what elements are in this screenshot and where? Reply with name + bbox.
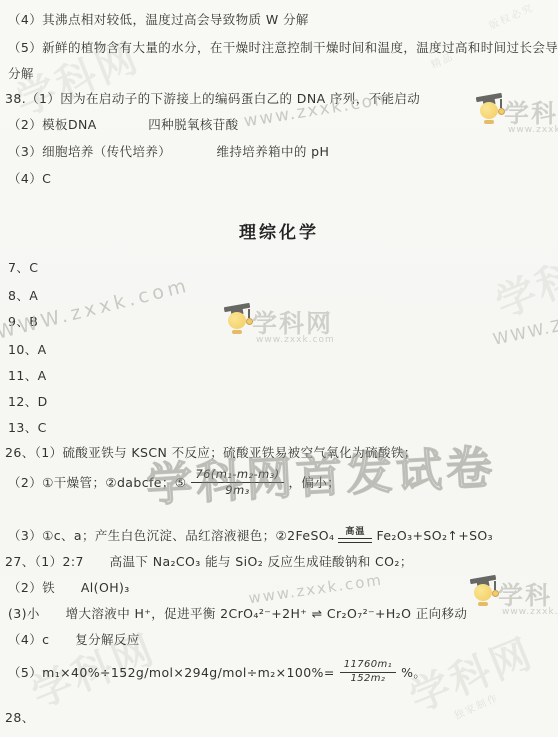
brand-text: 学科网 (252, 304, 333, 340)
mascot-base (478, 602, 488, 606)
answer-line: 28、 (5, 708, 35, 726)
answer-line: （4）c 复分解反应 (8, 630, 140, 648)
tassel-icon (246, 318, 253, 325)
brand-text: 学科 (498, 576, 552, 612)
answer-line: （4）其沸点相对较低，温度过高会导致物质 W 分解 (8, 10, 309, 28)
equation-prefix: （3）①c、a；产生白色沉淀、品红溶液褪色；②2FeSO₄ (8, 526, 334, 544)
fraction-denominator: 9m₃ (225, 483, 249, 497)
tassel-icon (494, 581, 496, 590)
brand-text: 学科网 (504, 94, 558, 130)
ghost-brand-watermark: 学科网 (486, 228, 558, 329)
answer-line: 9、B (8, 312, 38, 330)
graduation-cap-icon (224, 303, 250, 312)
mascot-icon (224, 302, 254, 338)
answer-line: 10、A (8, 340, 47, 358)
answer-line: （2）铁 Al(OH)₃ (8, 578, 130, 596)
graduation-cap-icon (230, 307, 243, 316)
fraction-prefix: （5）m₁×40%÷152g/mol×294g/mol÷m₂×100%= (8, 663, 335, 681)
graduation-cap-icon (470, 575, 496, 584)
url-watermark: WWW.zxxk.com (0, 274, 192, 343)
answer-line: （5）新鲜的植物含有大量的水分，在干燥时注意控制干燥时间和温度，温度过高和时间过… (8, 38, 558, 56)
answer-line: 7、C (8, 258, 38, 276)
answer-line: （4）C (8, 169, 51, 187)
fraction-numerator: 11760m₁ (340, 659, 396, 673)
answer-line: 8、A (8, 286, 38, 304)
answer-line: 12、D (8, 392, 48, 410)
answer-line-with-fraction: （2）①干燥管；②dabcfe；⑤ 76(m₁-m₂-m₃) 9m₃ ，偏小； (8, 462, 340, 502)
mascot-base (484, 120, 494, 124)
url-watermark: www.zxxk.com (247, 571, 384, 608)
mascot-body (474, 584, 492, 601)
answer-line: 26、（1）硫酸亚铁与 KSCN 不反应；硫酸亚铁易被空气氧化为硫酸铁； (5, 443, 417, 461)
tassel-icon (498, 108, 505, 115)
page-title: 理综化学 (0, 218, 558, 243)
scanned-answer-page: 学科网 学科网 学科网 学科网 精品 版权必究 独家制作 （4）其沸点相对较低，… (0, 0, 558, 737)
brand-url: www.zxxk.com (502, 607, 558, 617)
tassel-icon (492, 590, 499, 597)
reaction-arrow (338, 538, 372, 543)
answer-line: 11、A (8, 366, 47, 384)
tassel-icon (248, 309, 250, 318)
answer-line: (3)小 增大溶液中 H⁺，促进平衡 2CrO₄²⁻+2H⁺ ⇌ Cr₂O₇²⁻… (8, 604, 467, 622)
brand-watermark: 学科网 www.zxxk.com (476, 92, 558, 138)
answer-line: （2）模板DNA 四种脱氧核苷酸 (8, 115, 239, 133)
fraction-suffix: ，偏小； (289, 473, 341, 491)
graduation-cap-icon (476, 579, 489, 588)
fraction-suffix: %。 (401, 663, 426, 681)
brand-url: www.zxxk.com (508, 125, 558, 135)
answer-line: （3）细胞培养（传代培养） 维持培养箱中的 pH (8, 142, 329, 160)
fraction-numerator: 76(m₁-m₂-m₃) (191, 467, 283, 482)
answer-line-with-fraction: （5）m₁×40%÷152g/mol×294g/mol÷m₂×100%= 117… (8, 658, 426, 686)
mascot-base (232, 330, 242, 334)
brand-watermark: 学科 www.zxxk.com (470, 574, 558, 620)
graduation-cap-icon (476, 93, 502, 102)
answer-line: 分解 (8, 64, 34, 82)
mascot-icon (470, 574, 500, 610)
fraction-prefix: （2）①干燥管；②dabcfe；⑤ (8, 473, 186, 491)
fraction: 11760m₁ 152m₂ (340, 659, 396, 685)
brand-url: www.zxxk.com (256, 335, 335, 345)
answer-line: 27、（1）2:7 高温下 Na₂CO₃ 能与 SiO₂ 反应生成硅酸钠和 CO… (5, 552, 413, 570)
ghost-slogan-watermark: 独家制作 (451, 689, 501, 722)
brand-watermark: 学科网 www.zxxk.com (224, 302, 364, 352)
reaction-condition-label: 高温 (345, 528, 365, 537)
graduation-cap-icon (482, 97, 495, 106)
answer-line: 38.（1）因为在启动子的下游接上的编码蛋白乙的 DNA 序列，不能启动 (5, 89, 420, 107)
fraction: 76(m₁-m₂-m₃) 9m₃ (191, 467, 283, 497)
reaction-condition: 高温 (338, 528, 372, 543)
mascot-body (480, 102, 498, 119)
ghost-slogan-watermark: 版权必究 (486, 0, 536, 32)
mascot-body (228, 312, 246, 329)
fraction-denominator: 152m₂ (350, 673, 385, 686)
mascot-icon (476, 92, 506, 128)
answer-line: 13、C (8, 418, 47, 436)
url-watermark: WWW.ZXXk. (491, 306, 558, 349)
tassel-icon (500, 99, 502, 108)
answer-line-with-equation: （3）①c、a；产生白色沉淀、品红溶液褪色；②2FeSO₄ 高温 Fe₂O₃+S… (8, 522, 493, 548)
equation-suffix: Fe₂O₃+SO₂↑+SO₃ (376, 528, 493, 543)
